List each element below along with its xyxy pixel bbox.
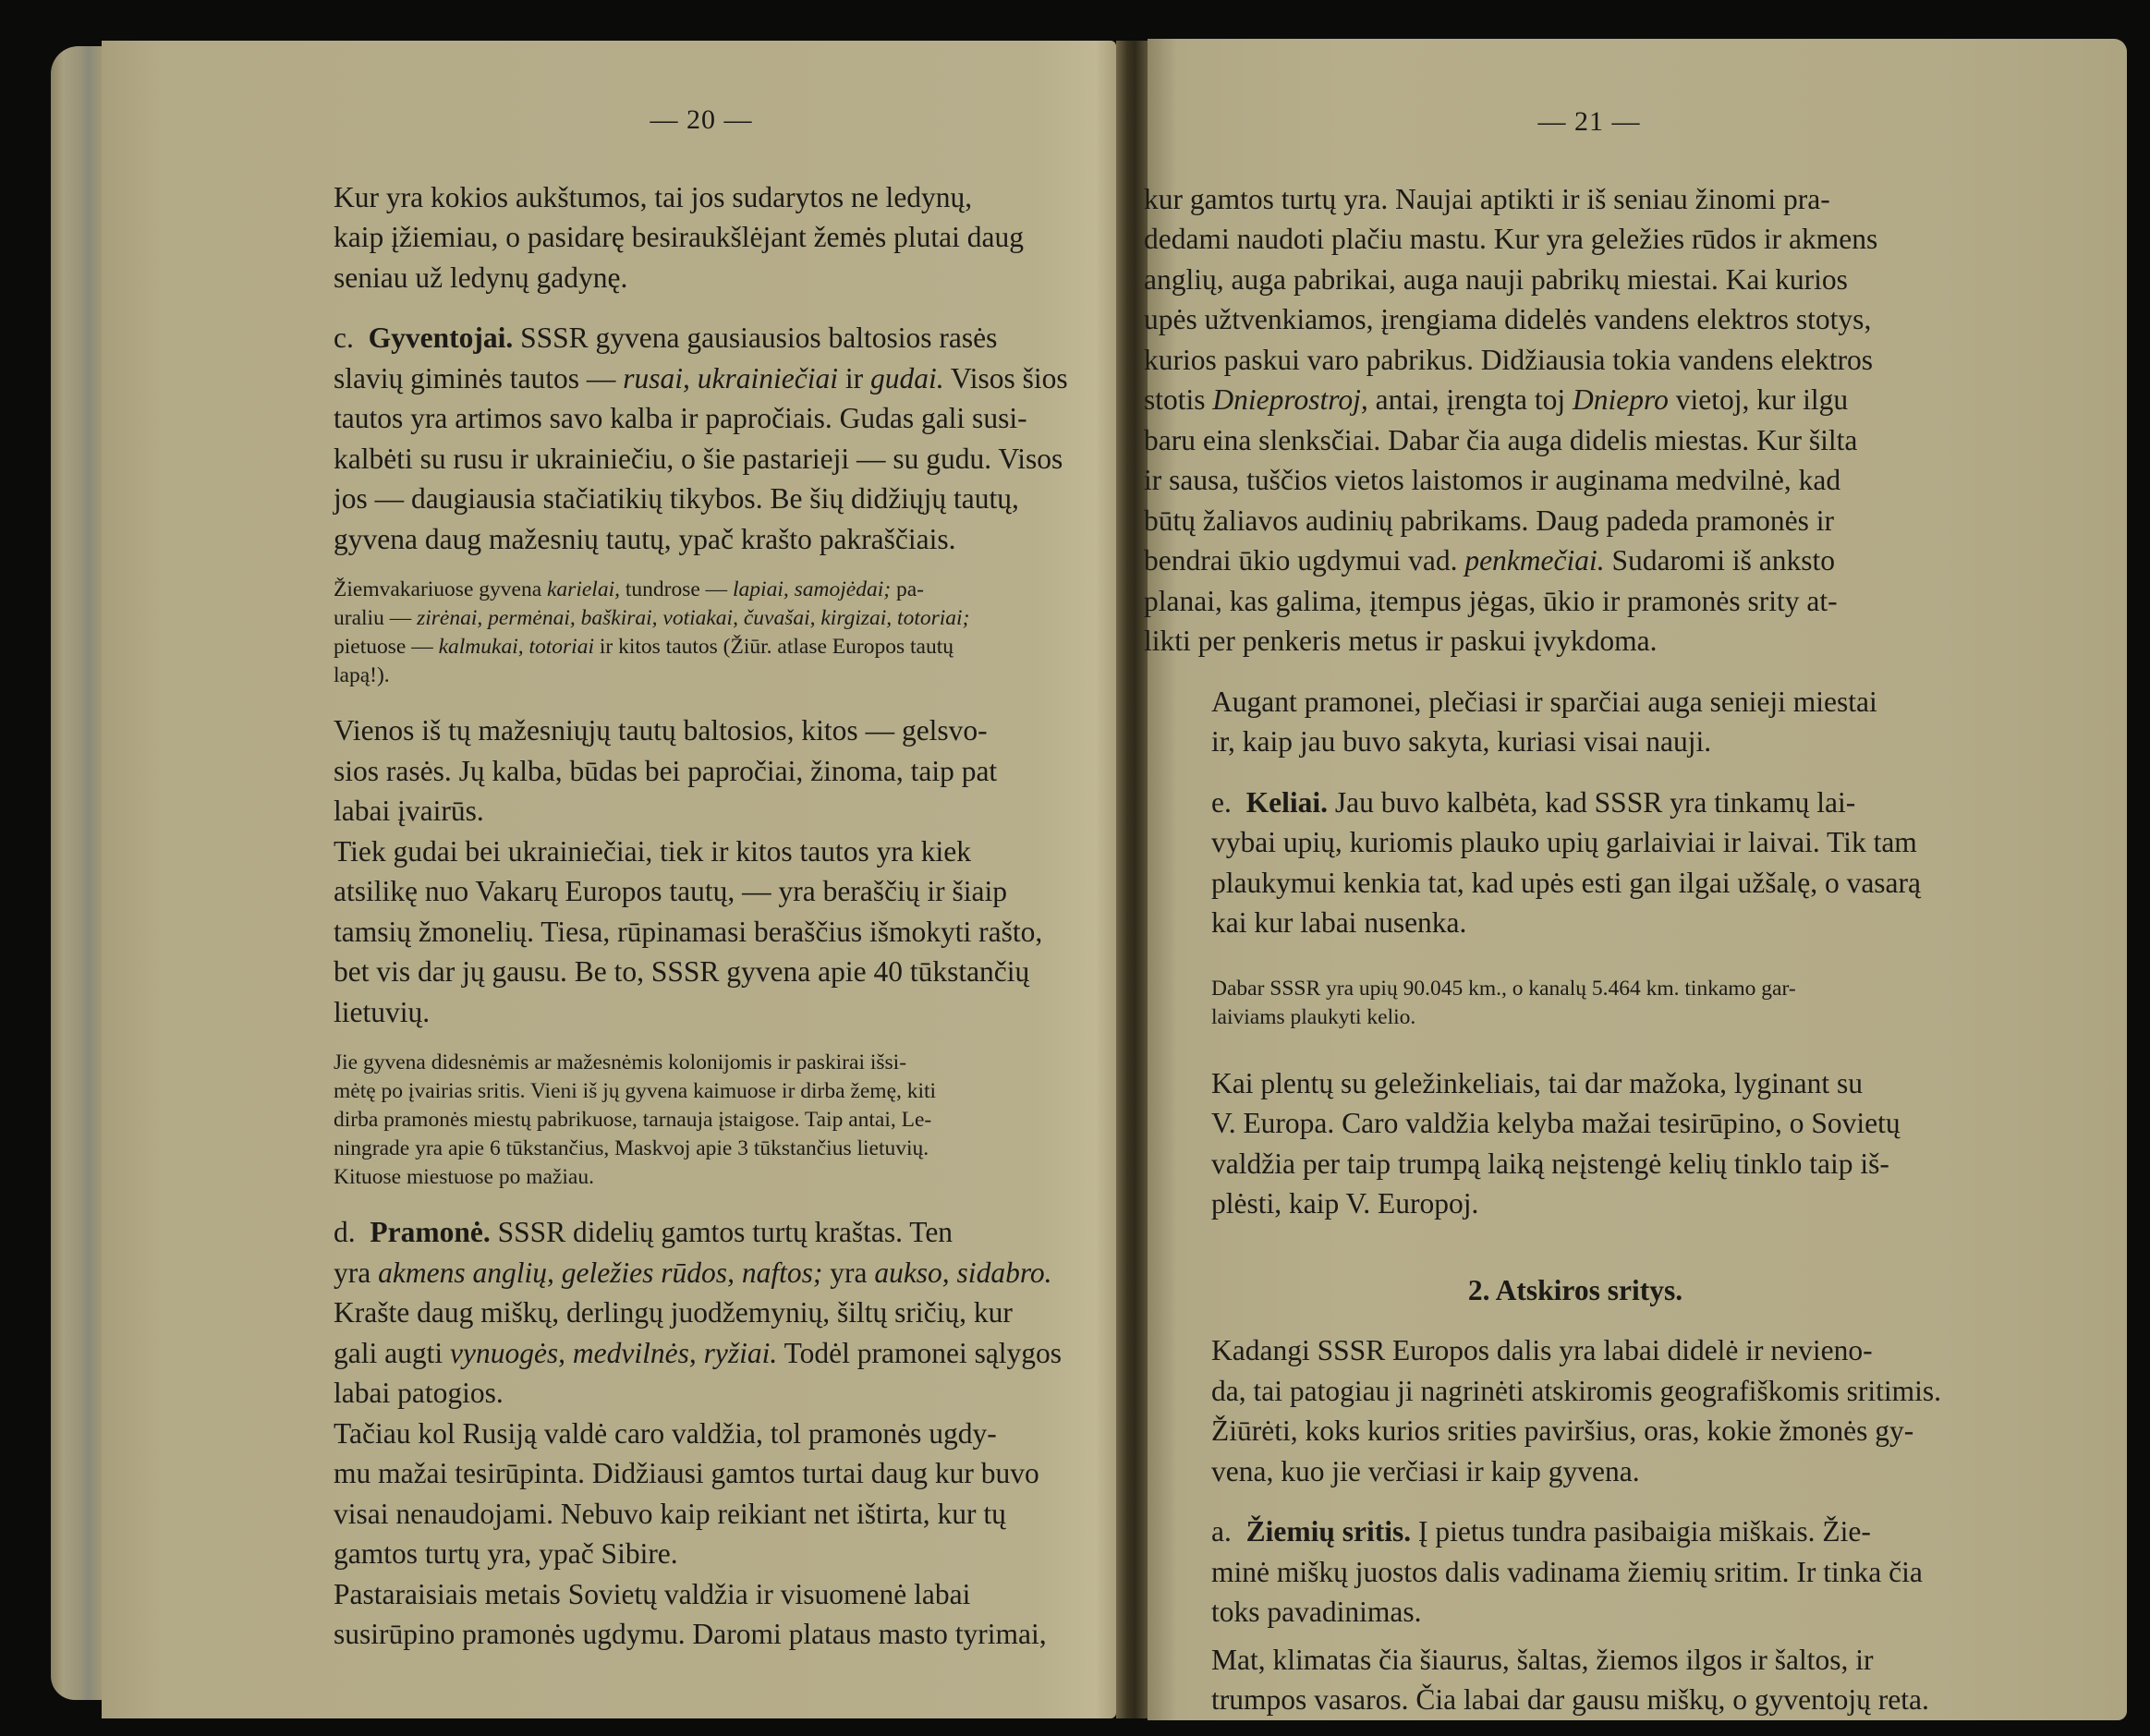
text-line: baru eina slenksčiai. Dabar čia auga did…: [1144, 420, 1979, 461]
text-line: kurios paskui varo pabrikus. Didžiausia …: [1144, 340, 1979, 381]
text-line: pietuose —: [334, 635, 439, 659]
text-line: e.: [1211, 786, 1232, 819]
text-line: Kadangi SSSR Europos dalis yra labai did…: [1144, 1330, 1979, 1371]
text-line: toks pavadinimas.: [1144, 1592, 1979, 1633]
text-line: vena, kuo jie verčiasi ir kaip gyvena.: [1144, 1451, 1979, 1492]
note-paragraph: Žiemvakariuose gyvena karielai, tundrose…: [266, 576, 1099, 690]
text-line: Augant pramonei, plečiasi ir sparčiai au…: [1144, 682, 1979, 722]
paragraph: Augant pramonei, plečiasi ir sparčiai au…: [1144, 682, 1979, 762]
text-line: Tačiau kol Rusiją valdė caro valdžia, to…: [266, 1414, 1099, 1454]
text-line: a.: [1211, 1515, 1232, 1548]
text-line: V. Europa. Caro valdžia kelyba mažai tes…: [1144, 1103, 1979, 1144]
text-line: Dabar SSSR yra upių 90.045 km., o kanalų…: [1144, 975, 1979, 1003]
text-line: Todėl pramonei sąlygos: [777, 1337, 1062, 1369]
text-line: ir kitos tautos (Žiūr. atlase Europos ta…: [594, 635, 954, 659]
text-line: mu mažai tesirūpinta. Didžiausi gamtos t…: [266, 1453, 1099, 1494]
paragraph: Vienos iš tų mažesniųjų tautų baltosios,…: [266, 710, 1099, 832]
text-line: gamtos turtų yra, ypač Sibire.: [266, 1534, 1099, 1574]
italic-text: aukso, sidabro.: [874, 1256, 1051, 1289]
text-line: pa-: [891, 577, 924, 601]
text-line: a. Žiemių sritis. Į pietus tundra pasiba…: [1144, 1511, 1979, 1552]
text-line: antai, įrengta toj: [1368, 383, 1573, 416]
italic-text: akmens anglių, geležies rūdos, naftos;: [378, 1256, 822, 1289]
text-line: plaukymui kenkia tat, kad upės esti gan …: [1144, 863, 1979, 904]
page-number-left: — 20 —: [266, 100, 1099, 140]
text-line: plėsti, kaip V. Europoj.: [1144, 1184, 1979, 1224]
text-line: c. Gyventojai. SSSR gyvena gausiausios b…: [266, 318, 1099, 358]
text-line: kai kur labai nusenka.: [1144, 903, 1979, 943]
italic-text: rusai, ukrainiečiai: [623, 362, 838, 395]
note-paragraph: Jie gyvena didesnėmis ar mažesnėmis kolo…: [266, 1049, 1099, 1192]
text-line: minė miškų juostos dalis vadinama žiemių…: [1144, 1552, 1979, 1593]
text-line: vybai upių, kuriomis plauko upių garlaiv…: [1144, 822, 1979, 863]
text-line: susirūpino pramonės ugdymu. Daromi plata…: [266, 1614, 1099, 1655]
text-line: kalbėti su rusu ir ukrainiečiu, o šie pa…: [266, 439, 1099, 480]
text-line: gali augti: [334, 1337, 450, 1369]
text-line: lapą!).: [266, 662, 1099, 690]
text-line: anglių, auga pabrikai, auga nauji pabrik…: [1144, 260, 1979, 300]
text-line: uraliu — zirėnai, permėnai, baškirai, vo…: [266, 604, 1099, 633]
text-line: yra: [334, 1256, 378, 1289]
text-line: stotis: [1144, 383, 1212, 416]
book-spine: [1116, 41, 1148, 1718]
paragraph: Kai plentų su geležinkeliais, tai dar ma…: [1144, 1063, 1979, 1224]
text-line: slavių giminės tautos — rusai, ukrainieč…: [266, 358, 1099, 399]
text-line: ir sausa, tuščios vietos laistomos ir au…: [1144, 460, 1979, 501]
text-line: labai įvairūs.: [266, 791, 1099, 832]
text-line: Vienos iš tų mažesniųjų tautų baltosios,…: [266, 710, 1099, 751]
text-line: upės užtvenkiamos, įrengiama didelės van…: [1144, 299, 1979, 340]
paragraph: kur gamtos turtų yra. Naujai aptikti ir …: [1144, 179, 1979, 662]
text-line: bendrai ūkio ugdymui vad.: [1144, 544, 1464, 577]
text-line: būtų žaliavos audinių pabrikams. Daug pa…: [1144, 501, 1979, 541]
page-number-right: — 21 —: [1144, 102, 1979, 142]
paragraph: Tačiau kol Rusiją valdė caro valdžia, to…: [266, 1414, 1099, 1574]
text-line: kaip įžiemiau, o pasidarę besiraukšlėjan…: [266, 217, 1099, 258]
text-line: Kai plentų su geležinkeliais, tai dar ma…: [1144, 1063, 1979, 1104]
text-line: Jau buvo kalbėta, kad SSSR yra tinkamų l…: [1328, 786, 1855, 819]
text-line: Sudaromi iš anksto: [1605, 544, 1835, 577]
open-book: — 20 — Kur yra kokios aukštumos, tai jos…: [0, 0, 2150, 1736]
text-line: Pastaraisiais metais Sovietų valdžia ir …: [266, 1574, 1099, 1615]
text-line: Žiemvakariuose gyvena karielai, tundrose…: [266, 576, 1099, 604]
text-line: Į pietus tundra pasibaigia miškais. Žie-: [1411, 1515, 1871, 1548]
italic-text: vynuogės, medvilnės, ryžiai.: [450, 1337, 777, 1369]
note-paragraph: Dabar SSSR yra upių 90.045 km., o kanalų…: [1144, 975, 1979, 1032]
text-line: tautos yra artimos savo kalba ir paproči…: [266, 398, 1099, 439]
text-line: yra akmens anglių, geležies rūdos, nafto…: [266, 1253, 1099, 1293]
paragraph-pramone: d. Pramonė. SSSR didelių gamtos turtų kr…: [266, 1212, 1099, 1414]
text-line: bendrai ūkio ugdymui vad. penkmečiai. Su…: [1144, 540, 1979, 581]
italic-text: lapiai, samojėdai;: [733, 577, 891, 601]
paragraph: Pastaraisiais metais Sovietų valdžia ir …: [266, 1574, 1099, 1655]
text-line: ir: [838, 362, 870, 395]
text-line: Visos šios: [944, 362, 1068, 395]
paragraph: Mat, klimatas čia šiaurus, šaltas, žiemo…: [1144, 1640, 1979, 1720]
text-line: laiviams plaukyti kelio.: [1144, 1003, 1979, 1032]
text-line: stotis Dnieprostroj, antai, įrengta toj …: [1144, 380, 1979, 420]
italic-text: gudai.: [870, 362, 944, 395]
text-line: Jie gyvena didesnėmis ar mažesnėmis kolo…: [266, 1049, 1099, 1077]
text-line: gyvena daug mažesnių tautų, ypač krašto …: [266, 519, 1099, 560]
text-line: SSSR didelių gamtos turtų kraštas. Ten: [491, 1216, 953, 1248]
text-line: Žiūrėti, koks kurios srities paviršius, …: [1144, 1411, 1979, 1451]
text-line: lietuvių.: [266, 992, 1099, 1033]
text-line: labai patogios.: [266, 1373, 1099, 1414]
text-line: Tiek gudai bei ukrainiečiai, tiek ir kit…: [266, 832, 1099, 872]
text-line: sios rasės. Jų kalba, būdas bei papročia…: [266, 751, 1099, 792]
italic-text: kalmukai, totoriai: [439, 635, 594, 659]
text-line: d.: [334, 1216, 356, 1248]
text-line: Kituose miestuose po mažiau.: [266, 1163, 1099, 1192]
paragraph-keliai: e. Keliai. Jau buvo kalbėta, kad SSSR yr…: [1144, 783, 1979, 943]
text-line: trumpos vasaros. Čia labai dar gausu miš…: [1144, 1680, 1979, 1720]
section-heading: Keliai.: [1246, 786, 1328, 819]
chapter-heading: 2. Atskiros sritys.: [1144, 1270, 1979, 1311]
text-line: ir, kaip jau buvo sakyta, kuriasi visai …: [1144, 722, 1979, 762]
text-line: d. Pramonė. SSSR didelių gamtos turtų kr…: [266, 1212, 1099, 1253]
section-heading: Žiemių sritis.: [1246, 1515, 1412, 1548]
italic-text: penkmečiai.: [1464, 544, 1604, 577]
text-line: da, tai patogiau ji nagrinėti atskiromis…: [1144, 1371, 1979, 1412]
text-line: atsilikę nuo Vakarų Europos tautų, — yra…: [266, 871, 1099, 912]
text-line: ningrade yra apie 6 tūkstančius, Maskvoj…: [266, 1135, 1099, 1163]
text-line: seniau už ledynų gadynę.: [266, 258, 1099, 298]
text-line: kur gamtos turtų yra. Naujai aptikti ir …: [1144, 179, 1979, 220]
text-line: c.: [334, 322, 354, 354]
paragraph-gyventojai: c. Gyventojai. SSSR gyvena gausiausios b…: [266, 318, 1099, 559]
text-line: Žiemvakariuose gyvena: [334, 577, 547, 601]
text-line: e. Keliai. Jau buvo kalbėta, kad SSSR yr…: [1144, 783, 1979, 823]
text-line: planai, kas galima, įtempus jėgas, ūkio …: [1144, 581, 1979, 622]
italic-text: Dnieprostroj,: [1212, 383, 1367, 416]
text-line: jos — daugiausia stačiatikių tikybos. Be…: [266, 479, 1099, 519]
italic-text: Dniepro: [1573, 383, 1669, 416]
paragraph: Kur yra kokios aukštumos, tai jos sudary…: [266, 177, 1099, 298]
text-line: Kur yra kokios aukštumos, tai jos sudary…: [266, 177, 1099, 218]
text-line: likti per penkeris metus ir paskui įvykd…: [1144, 621, 1979, 662]
text-line: valdžia per taip trumpą laiką neįstengė …: [1144, 1144, 1979, 1184]
text-line: mėtę po įvairias sritis. Vieni iš jų gyv…: [266, 1077, 1099, 1106]
text-line: pietuose — kalmukai, totoriai ir kitos t…: [266, 633, 1099, 662]
paragraph: Kadangi SSSR Europos dalis yra labai did…: [1144, 1330, 1979, 1491]
text-line: slavių giminės tautos —: [334, 362, 623, 395]
section-heading: Gyventojai.: [369, 322, 514, 354]
text-line: visai nenaudojami. Nebuvo kaip reikiant …: [266, 1494, 1099, 1535]
text-line: gali augti vynuogės, medvilnės, ryžiai. …: [266, 1333, 1099, 1374]
text-line: uraliu —: [334, 606, 417, 630]
section-heading: Pramonė.: [370, 1216, 490, 1248]
text-line: yra: [822, 1256, 874, 1289]
paragraph-ziemiu-sritis: a. Žiemių sritis. Į pietus tundra pasiba…: [1144, 1511, 1979, 1633]
text-line: dirba pramonės miestų pabrikuose, tarnau…: [266, 1106, 1099, 1135]
text-line: Mat, klimatas čia šiaurus, šaltas, žiemo…: [1144, 1640, 1979, 1681]
left-page-text: — 20 — Kur yra kokios aukštumos, tai jos…: [266, 100, 1099, 1655]
right-page-text: — 21 — kur gamtos turtų yra. Naujai apti…: [1144, 102, 1979, 1720]
text-line: vietoj, kur ilgu: [1669, 383, 1848, 416]
italic-text: zirėnai, permėnai, baškirai, votiakai, č…: [417, 606, 969, 630]
text-line: Krašte daug miškų, derlingų juodžemynių,…: [266, 1293, 1099, 1333]
text-line: dedami naudoti plačiu mastu. Kur yra gel…: [1144, 219, 1979, 260]
paragraph: Tiek gudai bei ukrainiečiai, tiek ir kit…: [266, 832, 1099, 1033]
italic-text: karielai,: [547, 577, 620, 601]
text-line: SSSR gyvena gausiausios baltosios rasės: [513, 322, 997, 354]
text-line: bet vis dar jų gausu. Be to, SSSR gyvena…: [266, 952, 1099, 992]
text-line: tundrose —: [620, 577, 733, 601]
text-line: tamsių žmonelių. Tiesa, rūpinamasi beraš…: [266, 912, 1099, 953]
